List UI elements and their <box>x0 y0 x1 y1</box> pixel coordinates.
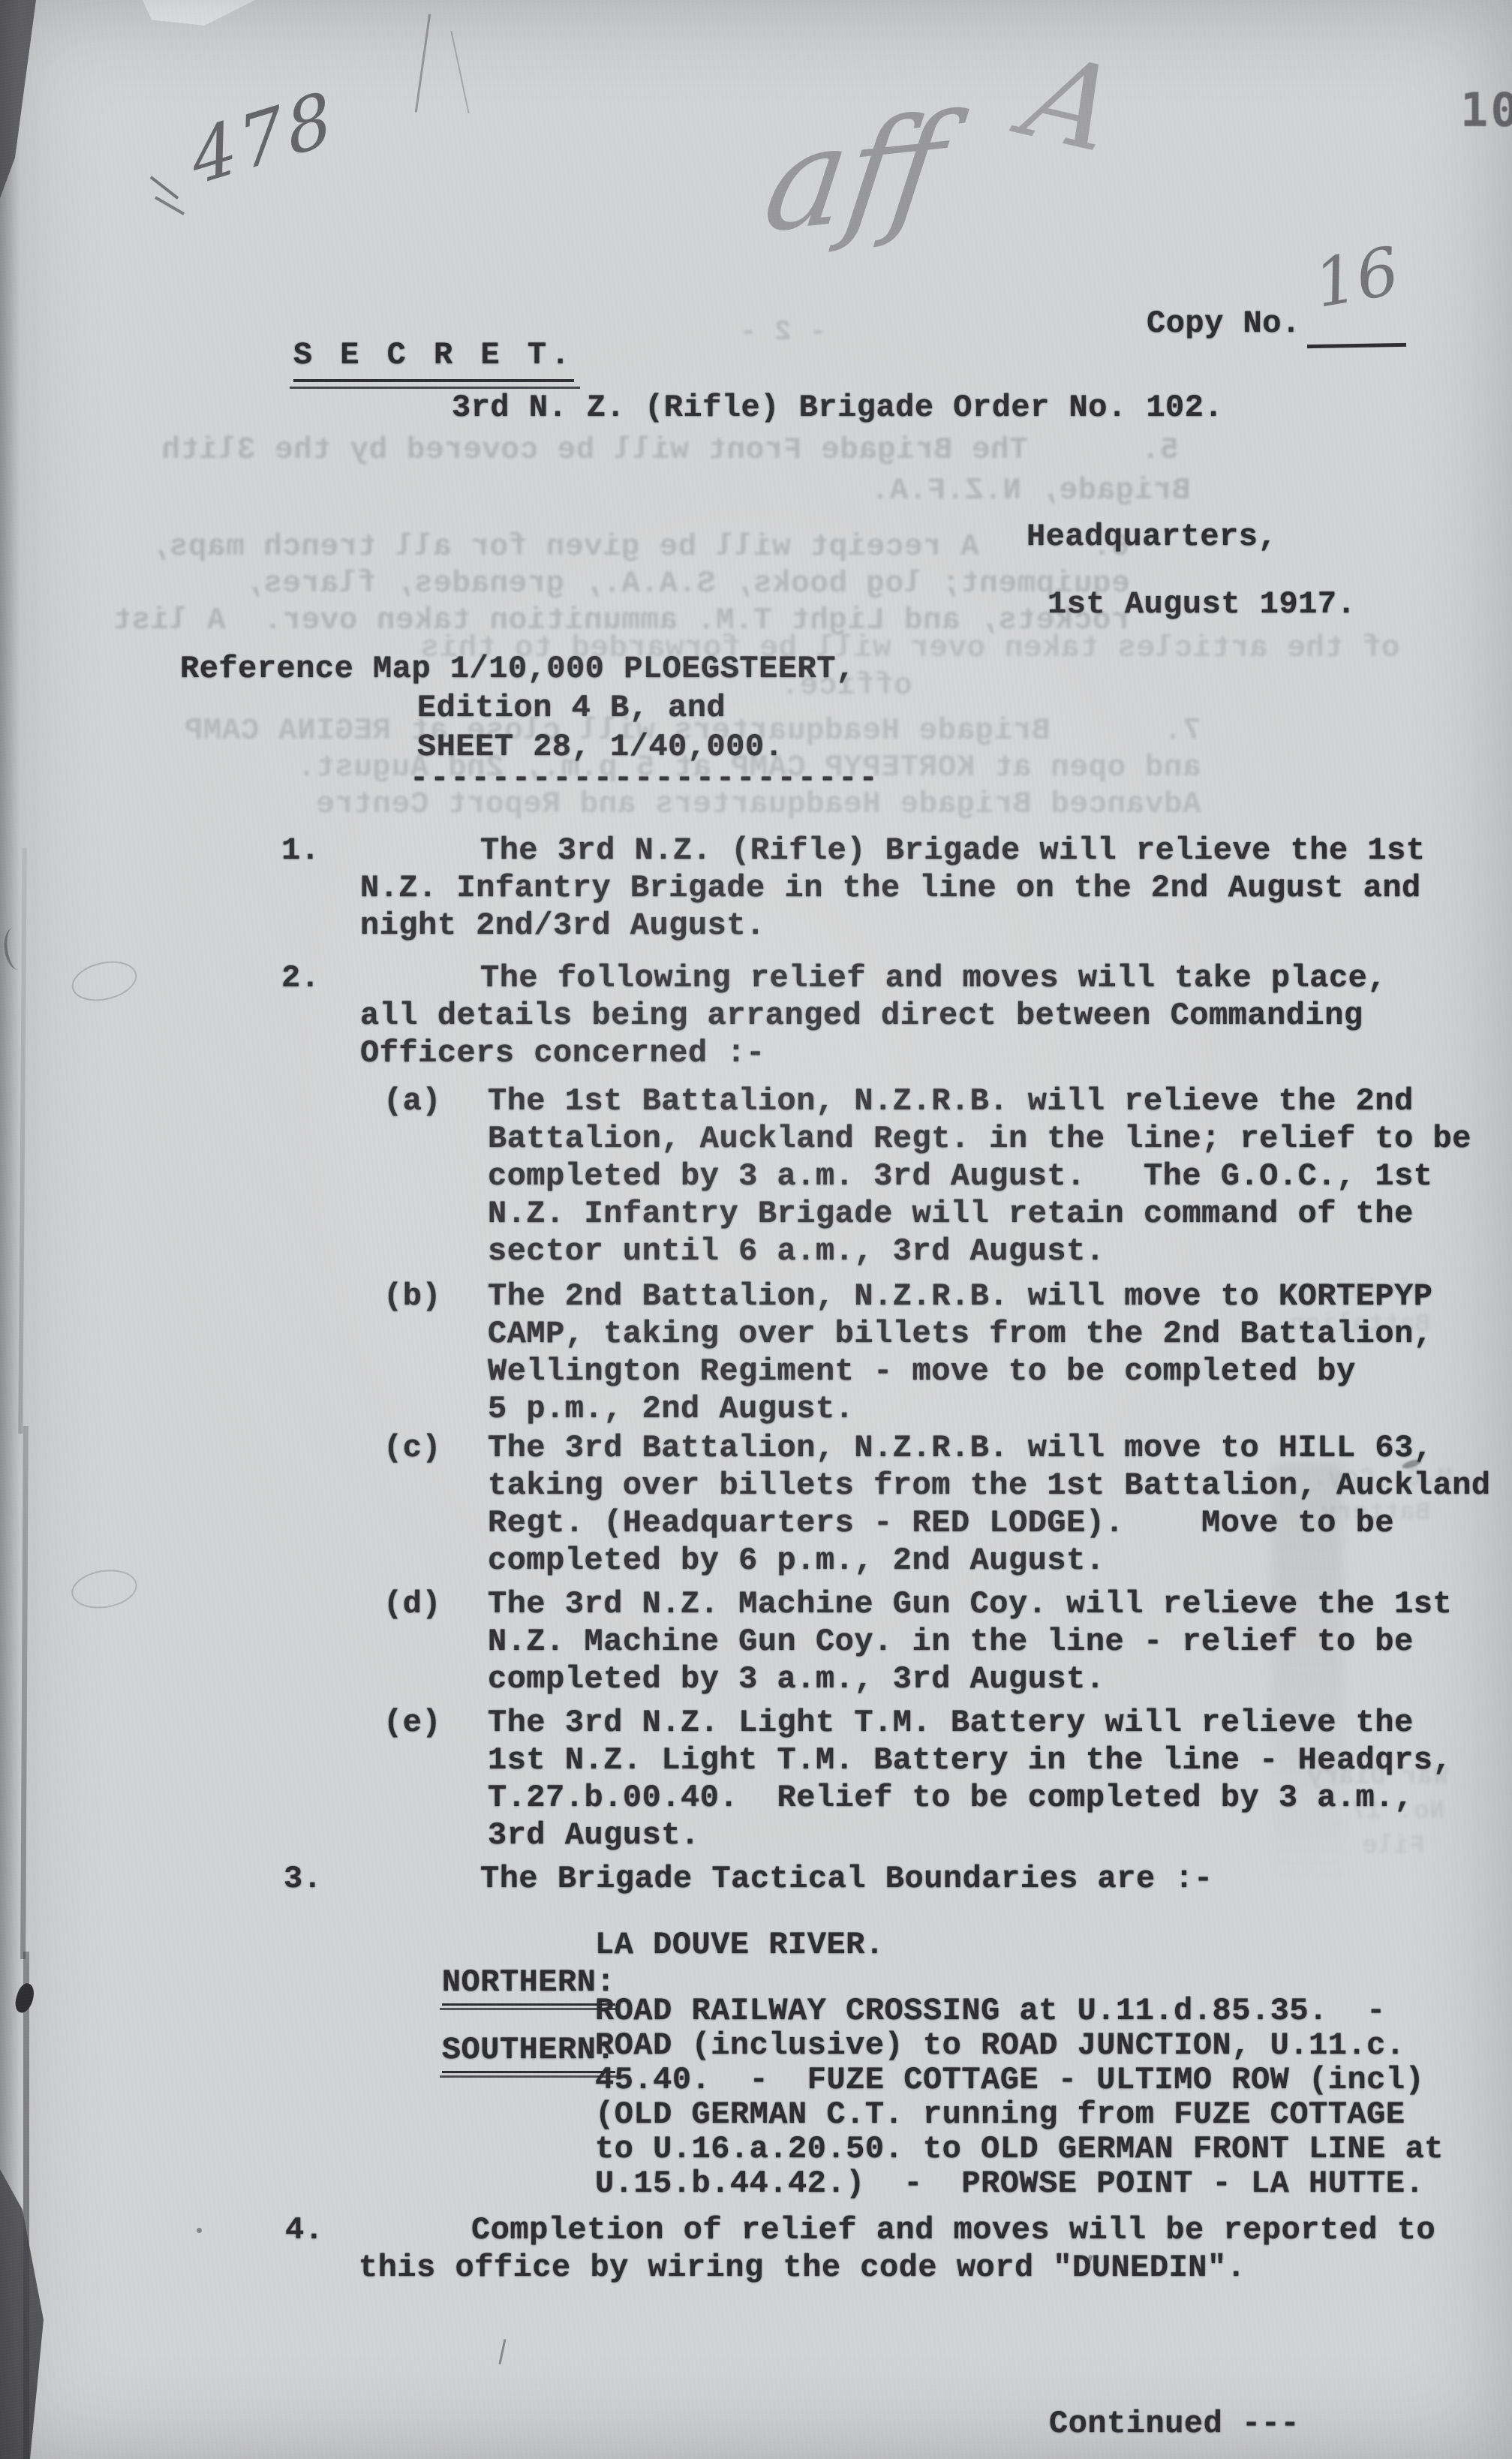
pencil-bracket-mark <box>2 926 30 971</box>
top-edge-paper-sliver <box>143 0 255 26</box>
bottom-pencil-tick <box>498 2339 506 2364</box>
ghost-para6-block: 6. A receipt will be given for all trenc… <box>113 529 1130 640</box>
para4-text: Completion of relief and moves will be r… <box>359 2211 1435 2286</box>
southern-label-text: SOUTHERN: <box>442 2031 615 2073</box>
left-fold-crease-lower <box>23 1952 29 2459</box>
left-fold-crease-upper <box>18 848 26 1434</box>
para3-number: 3. <box>284 1860 322 1898</box>
reference-dashed-rule: ----------------------- <box>410 760 879 797</box>
item-a-label: (a) <box>383 1082 441 1120</box>
pencil-strike-mark-2 <box>155 196 185 215</box>
pencil-page-number-478: 478 <box>185 74 341 202</box>
copy-no-line <box>1307 343 1406 348</box>
hole-punch-ghost-2 <box>69 1565 140 1612</box>
pencil-strike-mark-1 <box>150 176 179 199</box>
top-crease-mark-1 <box>415 14 431 112</box>
headquarters-line: Headquarters, <box>1027 518 1277 555</box>
para4-number: 4. <box>285 2211 323 2249</box>
southern-boundary-label: SOUTHERN: <box>365 1994 615 2111</box>
order-title: 3rd N. Z. (Rifle) Brigade Order No. 102. <box>452 389 1223 426</box>
item-e-text: The 3rd N.Z. Light T.M. Battery will rel… <box>488 1704 1452 1854</box>
para2-number: 2. <box>281 959 320 997</box>
northern-boundary-text: LA DOUVE RIVER. <box>595 1926 885 1964</box>
southern-boundary-text: ROAD RAILWAY CROSSING at U.11.d.85.35. -… <box>595 1994 1444 2201</box>
top-crease-mark-2 <box>450 31 469 113</box>
copy-no-value: 16 <box>1309 232 1405 323</box>
scanned-document-page: 478 aff A 10 - 2 - 5. The Brigade Front … <box>0 0 1512 2459</box>
para3-text: The Brigade Tactical Boundaries are :- <box>360 1860 1213 1898</box>
left-fold-crease-mid <box>20 1426 29 1959</box>
item-b-label: (b) <box>383 1278 441 1315</box>
copy-no-label: Copy No. <box>1147 305 1301 342</box>
ghost-page-number: - 2 - <box>739 314 827 351</box>
item-b-text: The 2nd Battalion, N.Z.R.B. will move to… <box>488 1278 1433 1428</box>
item-c-text: The 3rd Battalion, N.Z.R.B. will move to… <box>488 1429 1491 1579</box>
continued-footer: Continued --- <box>1049 2405 1300 2442</box>
item-d-label: (d) <box>383 1585 441 1623</box>
ghost-para5-line1: 5. The Brigade Front will be covered by … <box>161 432 1179 469</box>
para1-text: The 3rd N.Z. (Rifle) Brigade will reliev… <box>360 832 1426 944</box>
item-a-text: The 1st Battalion, N.Z.R.B. will relieve… <box>488 1082 1471 1270</box>
pencil-annotation-A: A <box>1009 30 1135 178</box>
item-c-label: (c) <box>383 1429 441 1467</box>
left-edge-shadow <box>0 0 20 2459</box>
reference-map-line2: Edition 4 B, and <box>417 689 726 727</box>
page-corner-stamp-10: 10 <box>1460 83 1512 137</box>
item-d-text: The 3rd N.Z. Machine Gun Coy. will relie… <box>488 1585 1452 1698</box>
bottom-left-corner-tear <box>0 2169 54 2459</box>
ghost-para5-line2: Brigade, N.Z.F.A. <box>870 473 1191 510</box>
hole-punch-ghost-1 <box>68 956 141 1007</box>
date-line: 1st August 1917. <box>1048 585 1356 623</box>
left-ink-blob <box>12 1982 37 2015</box>
classification-text: S E C R E T. <box>293 336 574 382</box>
para2-text: The following relief and moves will take… <box>360 959 1387 1072</box>
item-e-label: (e) <box>383 1704 441 1741</box>
stray-dot-1 <box>197 2228 202 2233</box>
top-left-corner-tear <box>0 0 47 225</box>
para1-number: 1. <box>281 832 320 869</box>
pencil-annotation-aff: aff <box>756 86 954 264</box>
reference-map-line1: Reference Map 1/10,000 PLOEGSTEERT, <box>180 650 855 688</box>
